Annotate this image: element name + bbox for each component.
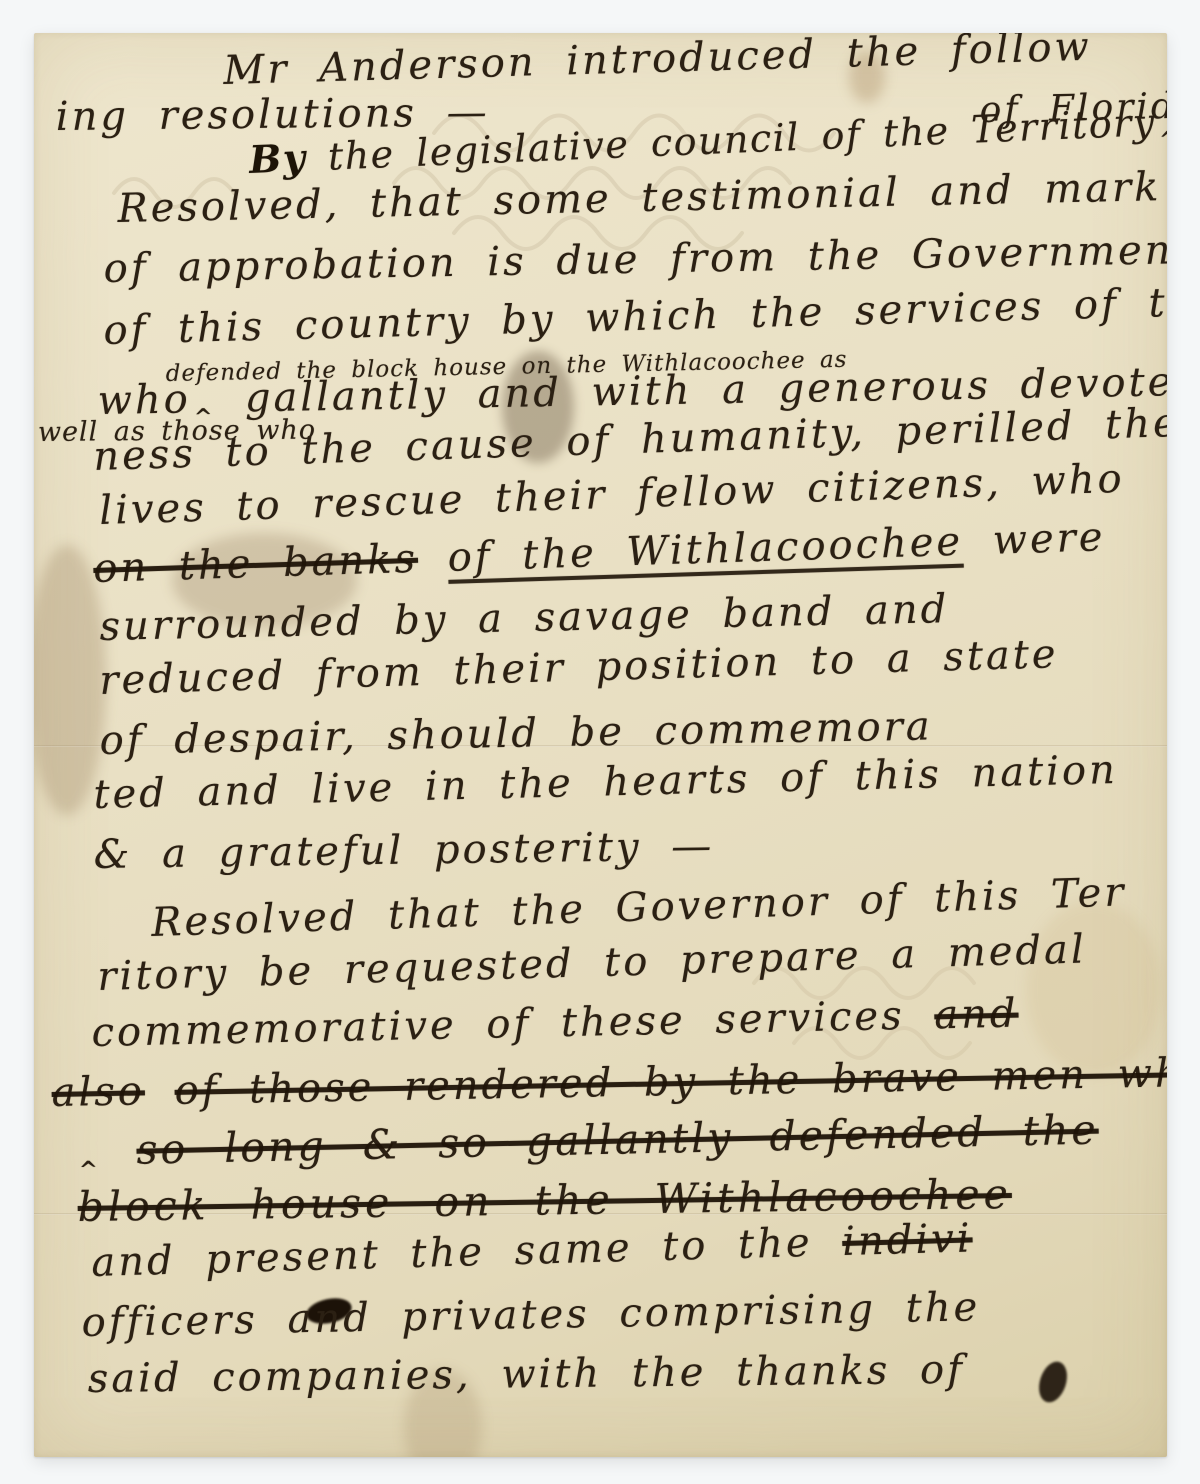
text-segment: indivi: [842, 1215, 974, 1265]
ink-blot: [1034, 1358, 1072, 1406]
text-segment: of those rendered by the brave men who: [174, 1050, 1167, 1114]
line-16-despair-commemora: of despair, should be commemora: [99, 706, 933, 761]
text-segment: [100, 1126, 137, 1175]
insertion-caret: ^: [1159, 129, 1167, 151]
text-segment: of the Withlacoochee: [447, 519, 964, 581]
text-segment: & a grateful posterity —: [93, 823, 714, 878]
document-scan: Mr Anderson introduced the following res…: [0, 0, 1200, 1484]
text-segment: officers and privates comprising the: [81, 1284, 980, 1346]
text-segment: on the banks: [93, 536, 419, 592]
line-26-officers-privates: officers and privates comprising the: [81, 1287, 980, 1343]
paper: Mr Anderson introduced the following res…: [34, 33, 1167, 1457]
line-18-grateful-posterity: & a grateful posterity —: [93, 826, 714, 875]
text-segment: were: [962, 514, 1106, 564]
text-segment: By: [248, 135, 307, 182]
line-27-said-companies-thanks: said companies, with the thanks of: [88, 1350, 966, 1399]
text-segment: also: [51, 1068, 145, 1116]
text-segment: [417, 535, 448, 582]
text-segment: so long & so gallantly defended the: [136, 1106, 1099, 1174]
line-22-struck-also-rendered: also of those rendered by the brave men …: [51, 1053, 1167, 1113]
text-segment: and: [934, 991, 1019, 1039]
insertion-caret: ^: [79, 1159, 98, 1182]
text-segment: [144, 1068, 175, 1115]
line-23-struck-so-long-gallantly: ^ so long & so gallantly defended the: [75, 1110, 1099, 1172]
text-segment: said companies, with the thanks of: [88, 1347, 966, 1402]
